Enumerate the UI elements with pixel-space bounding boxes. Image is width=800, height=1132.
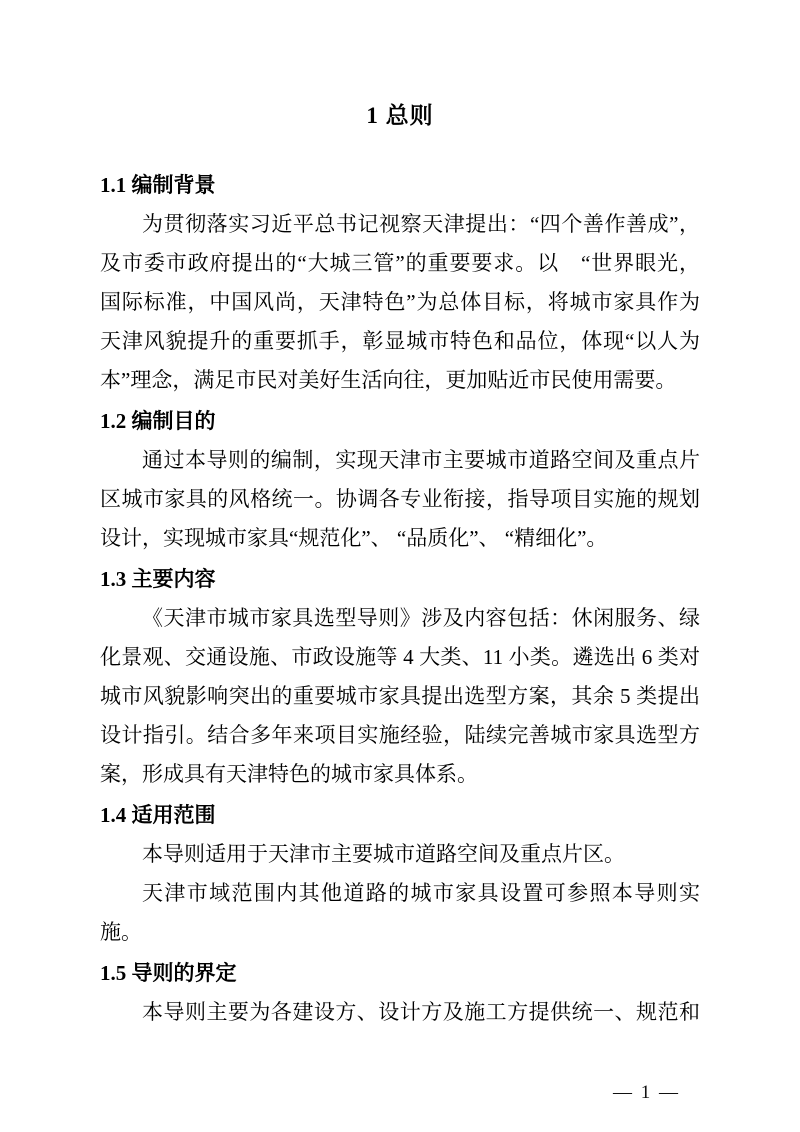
section-scope-of-application: 1.4 适用范围 本导则适用于天津市主要城市道路空间及重点片区。 天津市域范围内…: [100, 796, 700, 952]
section-main-content: 1.3 主要内容 《天津市城市家具选型导则》涉及内容包括：休闲服务、绿 化景观、…: [100, 560, 700, 794]
section-heading-1-4: 1.4 适用范围: [100, 796, 700, 835]
section-heading-1-3: 1.3 主要内容: [100, 560, 700, 599]
text-line: 天津市域范围内其他道路的城市家具设置可参照本导则实: [100, 874, 700, 913]
text-line: 本导则主要为各建设方、设计方及施工方提供统一、规范和: [100, 993, 700, 1032]
text-line: 设计指引。结合多年来项目实施经验，陆续完善城市家具选型方: [100, 716, 700, 755]
text-line: 国际标准，中国风尚，天津特色”为总体目标，将城市家具作为: [100, 283, 700, 322]
section-compilation-purpose: 1.2 编制目的 通过本导则的编制，实现天津市主要城市道路空间及重点片 区城市家…: [100, 402, 700, 558]
text-line: 《天津市城市家具选型导则》涉及内容包括：休闲服务、绿: [100, 599, 700, 638]
text-line: 为贯彻落实习近平总书记视察天津提出：“四个善作善成”，: [100, 205, 700, 244]
page-title: 1 总则: [100, 96, 700, 136]
text-line: 化景观、交通设施、市政设施等 4 大类、11 小类。遴选出 6 类对: [100, 638, 700, 677]
section-guideline-definition: 1.5 导则的界定 本导则主要为各建设方、设计方及施工方提供统一、规范和: [100, 954, 700, 1032]
document-page: 1 总则 1.1 编制背景 为贯彻落实习近平总书记视察天津提出：“四个善作善成”…: [0, 0, 800, 1132]
text-line: 案，形成具有天津特色的城市家具体系。: [100, 755, 700, 794]
page-number: — 1 —: [613, 1082, 680, 1103]
section-heading-1-1: 1.1 编制背景: [100, 166, 700, 205]
text-line: 通过本导则的编制，实现天津市主要城市道路空间及重点片: [100, 441, 700, 480]
text-line: 施。: [100, 913, 700, 952]
text-line: 本”理念，满足市民对美好生活向往，更加贴近市民使用需要。: [100, 361, 700, 400]
section-heading-1-5: 1.5 导则的界定: [100, 954, 700, 993]
section-heading-1-2: 1.2 编制目的: [100, 402, 700, 441]
section-compilation-background: 1.1 编制背景 为贯彻落实习近平总书记视察天津提出：“四个善作善成”， 及市委…: [100, 166, 700, 400]
text-line: 本导则适用于天津市主要城市道路空间及重点片区。: [100, 835, 700, 874]
text-line: 区城市家具的风格统一。协调各专业衔接，指导项目实施的规划: [100, 480, 700, 519]
text-line: 及市委市政府提出的“大城三管”的重要要求。以 “世界眼光，: [100, 244, 700, 283]
text-line: 天津风貌提升的重要抓手，彰显城市特色和品位，体现“以人为: [100, 322, 700, 361]
text-line: 设计，实现城市家具“规范化”、 “品质化”、 “精细化”。: [100, 519, 700, 558]
text-line: 城市风貌影响突出的重要城市家具提出选型方案，其余 5 类提出: [100, 677, 700, 716]
page-footer: — 1 —: [613, 1078, 680, 1108]
